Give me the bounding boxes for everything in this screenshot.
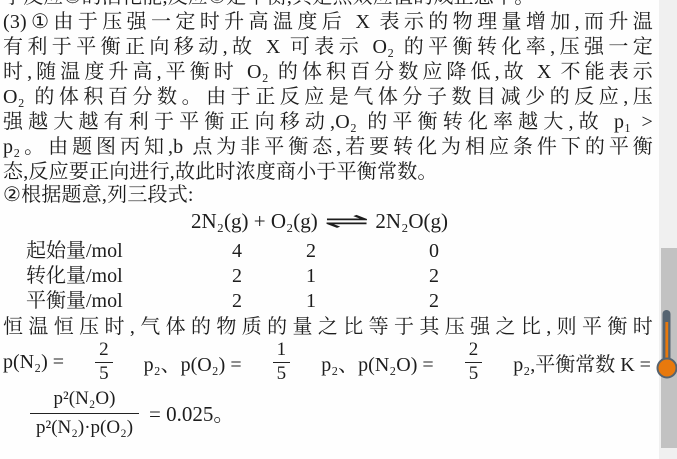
fraction-denominator: 5 xyxy=(277,363,287,385)
text-line: p₂。由题图丙知,b 点为非平衡态,若要转化为相应条件下的平衡 xyxy=(3,135,653,160)
table-cell: 2 xyxy=(217,264,257,289)
fraction-denominator: 5 xyxy=(99,363,109,385)
table-cell: 4 xyxy=(217,239,257,264)
document-page: 于反应②的活化能,反应③是平衡,其是热效应值的成正急平。 (3)①由于压强一定时… xyxy=(0,0,677,459)
text-line: 时,随温度升高,平衡时 O₂ 的体积百分数应降低,故 X 不能表示 xyxy=(3,60,653,85)
pressure-expression-line: p(N₂) = 2 5 p₂、p(O₂) = 1 5 p₂、p(N₂O) = 2… xyxy=(3,338,651,386)
k-fraction: p²(N₂O) p²(N₂)·p(O₂) xyxy=(30,388,139,439)
pressure-term: p₂、p(O₂) = xyxy=(144,348,242,377)
row-label: 平衡量/mol xyxy=(26,289,123,314)
fraction: 2 5 xyxy=(465,340,483,384)
equation-rhs: 2N₂O(g) xyxy=(375,209,448,233)
k-result: = 0.025。 xyxy=(149,398,234,428)
thermometer-icon xyxy=(653,308,677,380)
row-label: 起始量/mol xyxy=(26,239,123,264)
table-cell: 2 xyxy=(291,239,331,264)
fraction-numerator: 2 xyxy=(465,340,483,363)
fraction-denominator: 5 xyxy=(469,363,479,385)
table-cell: 0 xyxy=(414,239,454,264)
text-line: 恒温恒压时,气体的物质的量之比等于其压强之比,则平衡时 xyxy=(3,315,653,340)
pressure-term: p₂,平衡常数 K = xyxy=(513,348,651,377)
table-row-change: 转化量/mol 2 1 2 xyxy=(0,264,660,289)
fraction: 1 5 xyxy=(273,340,291,384)
fraction: 2 5 xyxy=(95,340,113,384)
table-row-initial: 起始量/mol 4 2 0 xyxy=(0,239,660,264)
text-line: 有利于平衡正向移动,故 X 可表示 O₂ 的平衡转化率,压强一定 xyxy=(3,35,653,60)
pressure-term: p(N₂) = xyxy=(3,351,64,374)
k-fraction-numerator: p²(N₂O) xyxy=(50,388,120,413)
table-cell: 2 xyxy=(414,264,454,289)
table-cell: 1 xyxy=(291,289,331,314)
pressure-term: p₂、p(N₂O) = xyxy=(321,348,433,377)
fraction-numerator: 2 xyxy=(95,340,113,363)
fraction-numerator: 1 xyxy=(273,340,291,363)
equilibrium-arrow-icon: ⇌ xyxy=(324,209,370,234)
chemical-equation: 2N₂(g) + O₂(g)⇌2N₂O(g) xyxy=(191,209,448,234)
text-line: O₂ 的体积百分数。由于正反应是气体分子数目减少的反应,压 xyxy=(3,85,653,110)
text-line: 态,反应要正向进行,故此时浓度商小于平衡常数。 xyxy=(3,160,653,185)
row-label: 转化量/mol xyxy=(26,264,123,289)
table-cell: 2 xyxy=(414,289,454,314)
table-cell: 2 xyxy=(217,289,257,314)
equilibrium-constant-expression: p²(N₂O) p²(N₂)·p(O₂) = 0.025。 xyxy=(30,388,234,439)
table-row-equilibrium: 平衡量/mol 2 1 2 xyxy=(0,289,660,314)
equation-lhs: 2N₂(g) + O₂(g) xyxy=(191,209,318,233)
text-line: 强越大越有利于平衡正向移动,O₂ 的平衡转化率越大,故 p₁ > xyxy=(3,110,653,135)
k-fraction-denominator: p²(N₂)·p(O₂) xyxy=(30,413,139,439)
text-line-clipped: 于反应②的活化能,反应③是平衡,其是热效应值的成正急平。 xyxy=(3,0,653,10)
text-line: ②根据题意,列三段式: xyxy=(3,183,653,208)
text-line: (3)①由于压强一定时升高温度后 X 表示的物理量增加,而升温 xyxy=(3,10,653,35)
table-cell: 1 xyxy=(291,264,331,289)
